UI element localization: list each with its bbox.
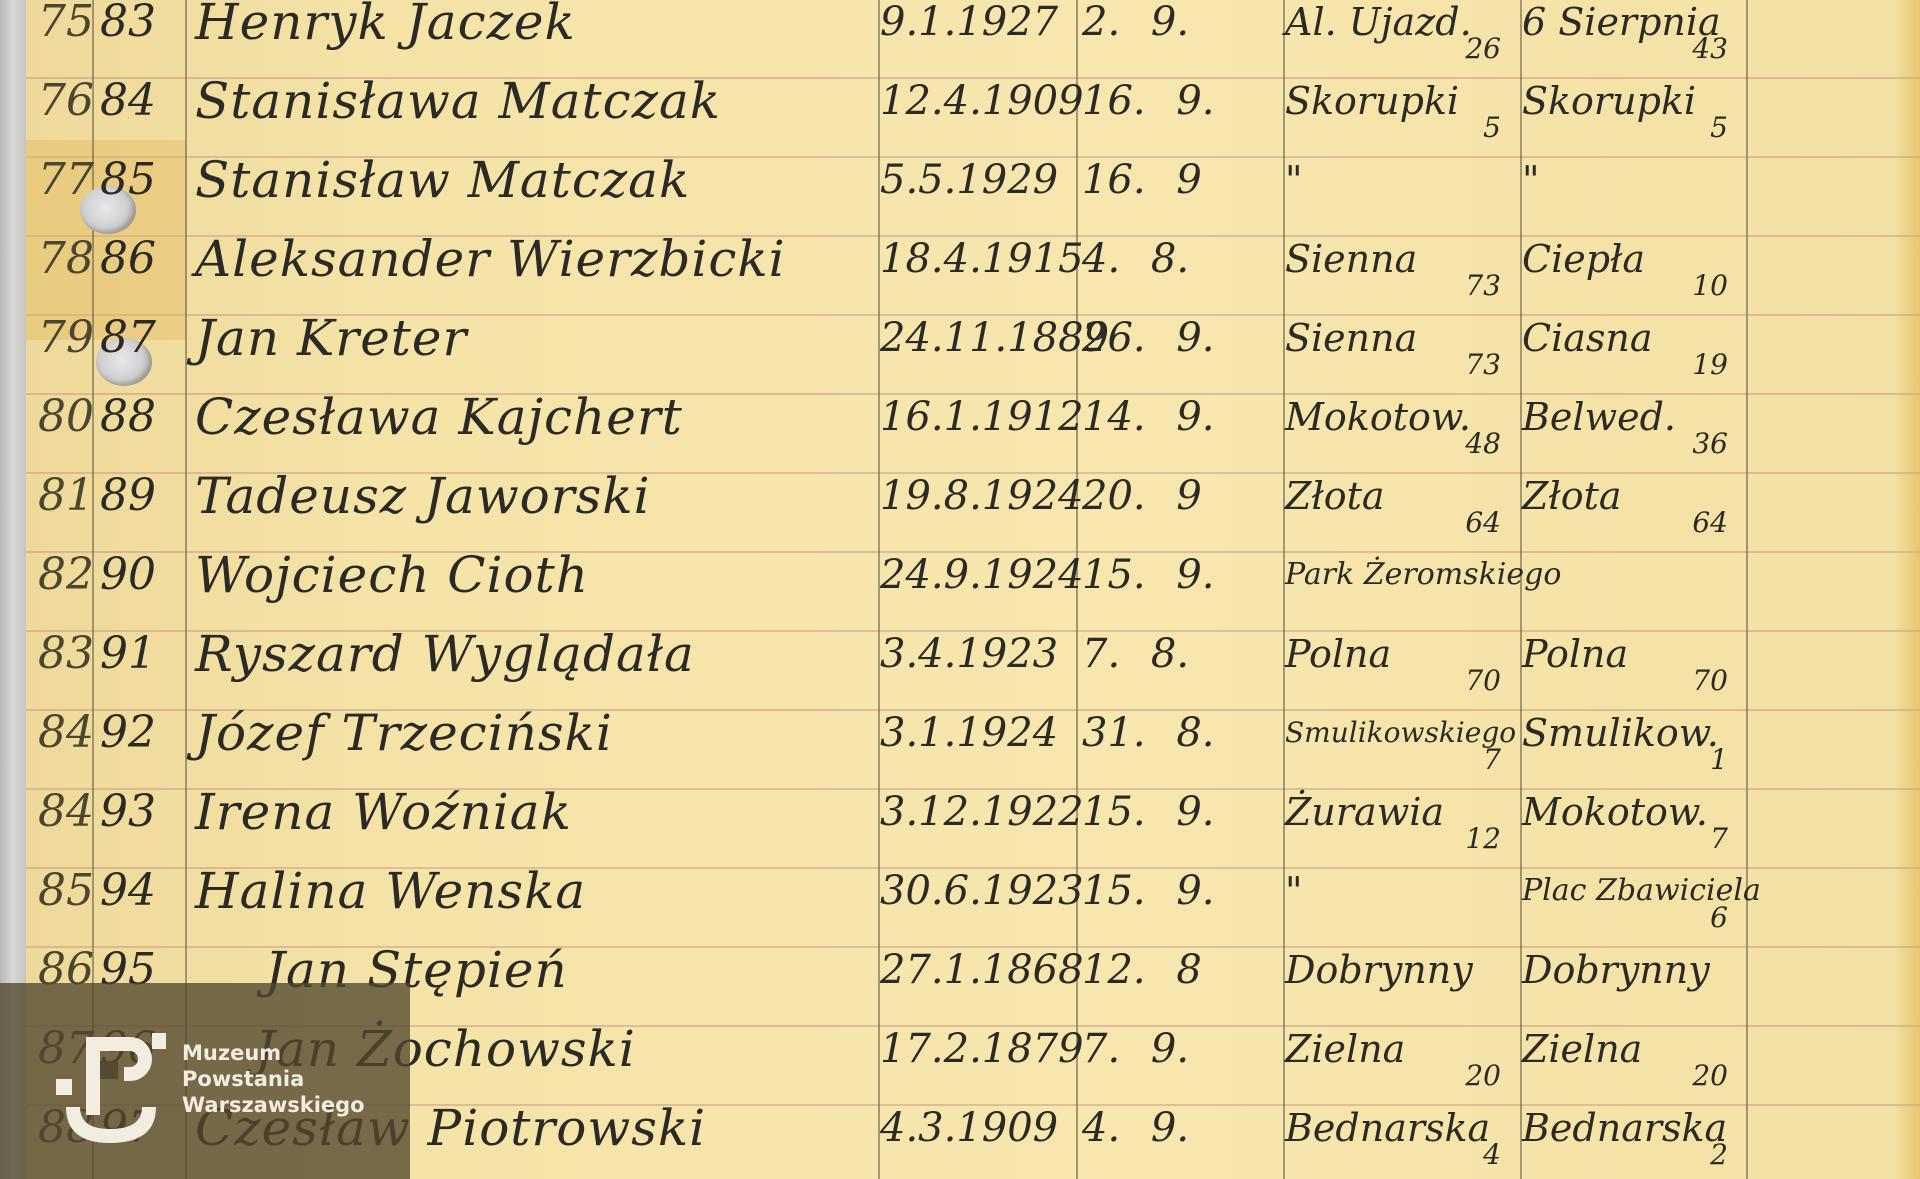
address-2: Polna70: [1522, 624, 1742, 703]
museum-watermark: Muzeum Powstania Warszawskiego: [0, 983, 410, 1179]
address-2: Smulikow.1: [1522, 703, 1742, 782]
birth-date: 12.4.1909: [880, 71, 1075, 150]
address-2: 6 Sierpnia43: [1522, 0, 1742, 71]
birth-date: 4.3.1909: [880, 1098, 1075, 1177]
person-name: Henryk Jaczek: [195, 0, 875, 71]
event-date: 26. 9.: [1082, 308, 1277, 387]
birth-date: 17.2.1879: [880, 1019, 1075, 1098]
birth-date: 5.5.1929: [880, 150, 1075, 229]
address-1: Park Żeromskiego: [1285, 545, 1515, 624]
house-number: 5: [1710, 113, 1728, 143]
birth-date: 24.9.1924: [880, 545, 1075, 624]
event-date: 7. 9.: [1082, 1019, 1277, 1098]
address-1: Zielna20: [1285, 1019, 1515, 1098]
person-name: Aleksander Wierzbicki: [195, 229, 875, 308]
address-1: Al. Ujazd.26: [1285, 0, 1515, 71]
table-row: 78 86 Aleksander Wierzbicki 18.4.1915 4.…: [0, 229, 1920, 308]
address-1: Sienna73: [1285, 229, 1515, 308]
table-row: 85 94 Halina Wenska 30.6.1923 15. 9. " P…: [0, 861, 1920, 940]
address-1: Smulikowskiego7: [1285, 703, 1515, 782]
museum-name-line-3: Warszawskiego: [182, 1092, 365, 1118]
address-1: ": [1285, 861, 1515, 940]
seq-number: 82: [38, 545, 90, 624]
person-name: Stanisława Matczak: [195, 71, 875, 150]
entry-number: 86: [100, 229, 180, 308]
seq-number: 84: [38, 703, 90, 782]
birth-date: 30.6.1923: [880, 861, 1075, 940]
person-name: Jan Kreter: [195, 308, 875, 387]
address-2: Ciasna19: [1522, 308, 1742, 387]
event-date: 15. 9.: [1082, 861, 1277, 940]
entry-number: 84: [100, 71, 180, 150]
event-date: 4. 9.: [1082, 1098, 1277, 1177]
event-date: 15. 9.: [1082, 545, 1277, 624]
person-name: Józef Trzeciński: [195, 703, 875, 782]
person-name: Tadeusz Jaworski: [195, 466, 875, 545]
house-number: 20: [1465, 1061, 1501, 1091]
seq-number: 78: [38, 229, 90, 308]
museum-name-line-2: Powstania: [182, 1066, 365, 1092]
address-1: Bednarska4: [1285, 1098, 1515, 1177]
event-date: 4. 8.: [1082, 229, 1277, 308]
address-1: Żurawia12: [1285, 782, 1515, 861]
event-date: 7. 8.: [1082, 624, 1277, 703]
event-date: 16. 9: [1082, 150, 1277, 229]
seq-number: 83: [38, 624, 90, 703]
table-row: 84 93 Irena Woźniak 3.12.1922 15. 9. Żur…: [0, 782, 1920, 861]
entry-number: 90: [100, 545, 180, 624]
birth-date: 18.4.1915: [880, 229, 1075, 308]
event-date: 20. 9: [1082, 466, 1277, 545]
seq-number: 76: [38, 71, 90, 150]
seq-number: 77: [38, 150, 90, 229]
birth-date: 3.1.1924: [880, 703, 1075, 782]
house-number: 64: [1692, 508, 1728, 538]
kotwica-anchor-icon: [56, 1033, 168, 1145]
address-2: Ciepła10: [1522, 229, 1742, 308]
table-row: 79 87 Jan Kreter 24.11.1889 26. 9. Sienn…: [0, 308, 1920, 387]
event-date: 15. 9.: [1082, 782, 1277, 861]
address-1: Mokotow.48: [1285, 387, 1515, 466]
table-row: 76 84 Stanisława Matczak 12.4.1909 16. 9…: [0, 71, 1920, 150]
address-1: Złota64: [1285, 466, 1515, 545]
house-number: 7: [1483, 745, 1501, 775]
event-date: 31. 8.: [1082, 703, 1277, 782]
person-name: Czesława Kajchert: [195, 387, 875, 466]
table-row: 81 89 Tadeusz Jaworski 19.8.1924 20. 9 Z…: [0, 466, 1920, 545]
birth-date: 3.12.1922: [880, 782, 1075, 861]
house-number: 7: [1710, 824, 1728, 854]
seq-number: 85: [38, 861, 90, 940]
address-2: Skorupki5: [1522, 71, 1742, 150]
house-number: 73: [1465, 350, 1501, 380]
house-number: 70: [1465, 666, 1501, 696]
birth-date: 19.8.1924: [880, 466, 1075, 545]
person-name: Ryszard Wyglądała: [195, 624, 875, 703]
house-number: 20: [1692, 1061, 1728, 1091]
birth-date: 27.1.1868: [880, 940, 1075, 1019]
entry-number: 89: [100, 466, 180, 545]
event-date: 14. 9.: [1082, 387, 1277, 466]
address-1: Sienna73: [1285, 308, 1515, 387]
event-date: 16. 9.: [1082, 71, 1277, 150]
address-2: ": [1522, 150, 1742, 229]
seq-number: 84: [38, 782, 90, 861]
person-name: Stanisław Matczak: [195, 150, 875, 229]
house-number: 10: [1692, 271, 1728, 301]
person-name: Irena Woźniak: [195, 782, 875, 861]
house-number: 48: [1465, 429, 1501, 459]
address-1: Skorupki5: [1285, 71, 1515, 150]
seq-number: 79: [38, 308, 90, 387]
entry-number: 94: [100, 861, 180, 940]
table-row: 84 92 Józef Trzeciński 3.1.1924 31. 8. S…: [0, 703, 1920, 782]
house-number: 4: [1483, 1140, 1501, 1170]
address-2: Dobrynny: [1522, 940, 1742, 1019]
house-number: 26: [1465, 34, 1501, 64]
house-number: 64: [1465, 508, 1501, 538]
person-name: Wojciech Cioth: [195, 545, 875, 624]
birth-date: 3.4.1923: [880, 624, 1075, 703]
house-number: 5: [1483, 113, 1501, 143]
museum-name-line-1: Muzeum: [182, 1040, 365, 1066]
entry-number: 92: [100, 703, 180, 782]
house-number: 12: [1465, 824, 1501, 854]
house-number: 19: [1692, 350, 1728, 380]
address-2: Plac Zbawiciela6: [1522, 861, 1742, 940]
birth-date: 16.1.1912: [880, 387, 1075, 466]
birth-date: 9.1.1927: [880, 0, 1075, 71]
house-number: 6: [1710, 903, 1728, 933]
entry-number: 83: [100, 0, 180, 71]
museum-name: Muzeum Powstania Warszawskiego: [182, 1040, 365, 1118]
seq-number: 75: [38, 0, 90, 71]
address-2: Belwed.36: [1522, 387, 1742, 466]
table-row: 80 88 Czesława Kajchert 16.1.1912 14. 9.…: [0, 387, 1920, 466]
entry-number: 87: [100, 308, 180, 387]
birth-date: 24.11.1889: [880, 308, 1075, 387]
address-2: Mokotow.7: [1522, 782, 1742, 861]
entry-number: 85: [100, 150, 180, 229]
entry-number: 93: [100, 782, 180, 861]
event-date: 12. 8: [1082, 940, 1277, 1019]
address-1: ": [1285, 150, 1515, 229]
house-number: 1: [1710, 745, 1728, 775]
address-2: Złota64: [1522, 466, 1742, 545]
address-2: [1522, 545, 1742, 624]
table-row: 77 85 Stanisław Matczak 5.5.1929 16. 9 "…: [0, 150, 1920, 229]
entry-number: 91: [100, 624, 180, 703]
table-row: 75 83 Henryk Jaczek 9.1.1927 2. 9. Al. U…: [0, 0, 1920, 71]
address-1: Dobrynny: [1285, 940, 1515, 1019]
seq-number: 81: [38, 466, 90, 545]
house-number: 2: [1710, 1140, 1728, 1170]
table-row: 83 91 Ryszard Wyglądała 3.4.1923 7. 8. P…: [0, 624, 1920, 703]
house-number: 36: [1692, 429, 1728, 459]
house-number: 43: [1692, 34, 1728, 64]
event-date: 2. 9.: [1082, 0, 1277, 71]
table-row: 82 90 Wojciech Cioth 24.9.1924 15. 9. Pa…: [0, 545, 1920, 624]
address-2: Bednarska2: [1522, 1098, 1742, 1177]
person-name: Halina Wenska: [195, 861, 875, 940]
seq-number: 80: [38, 387, 90, 466]
house-number: 73: [1465, 271, 1501, 301]
address-2: Zielna20: [1522, 1019, 1742, 1098]
entry-number: 88: [100, 387, 180, 466]
house-number: 70: [1692, 666, 1728, 696]
address-1: Polna70: [1285, 624, 1515, 703]
